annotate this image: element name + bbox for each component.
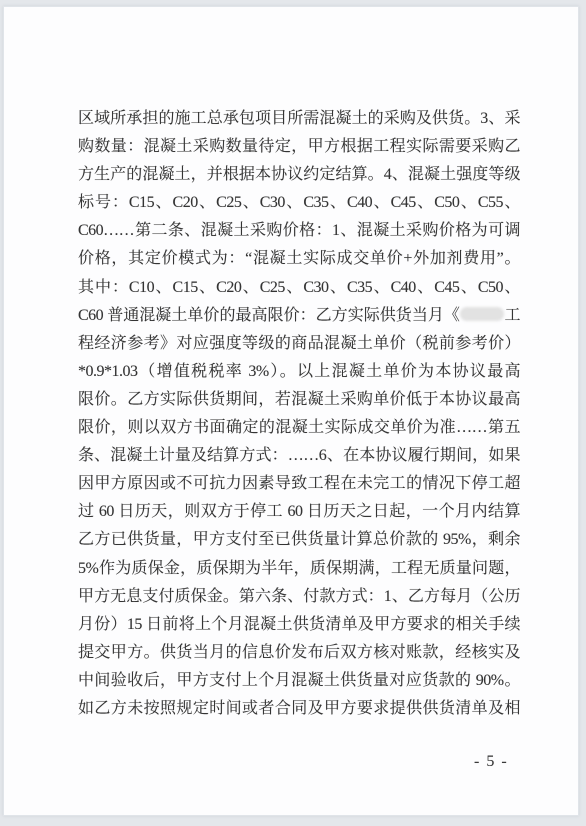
contract-text-block: 区域所承担的施工总承包项目所需混凝土的采购及供货。3、采 购数量：混凝土采购数量… — [78, 105, 520, 723]
text-line: 限价，则以双方书面确定的混凝土实际成交单价为准……第五 — [78, 414, 520, 442]
text-line: 过 60 日历天，则双方于停工 60 日历天之日起，一个月内结算 — [78, 498, 520, 526]
page-number: - 5 - — [474, 753, 508, 771]
text-line: 购数量：混凝土采购数量待定，甲方根据工程实际需要采购乙 — [78, 133, 520, 161]
text-line: 甲方无息支付质保金。第六条、付款方式：1、乙方每月（公历 — [78, 583, 520, 611]
text-segment: 工 — [504, 307, 520, 324]
text-line-with-redaction: C60 普通混凝土单价的最高限价：乙方实际供货当月《工 — [78, 302, 520, 330]
text-line: 提交甲方。供货当月的信息价发布后双方核对账款，经核实及 — [78, 639, 520, 667]
text-line: 方生产的混凝土，并根据本协议约定结算。4、混凝土强度等级 — [78, 161, 520, 189]
text-segment: C60 普通混凝土单价的最高限价：乙方实际供货当月《 — [78, 307, 460, 324]
document-page: 区域所承担的施工总承包项目所需混凝土的采购及供货。3、采 购数量：混凝土采购数量… — [3, 6, 579, 816]
text-line: 其中：C10、C15、C20、C25、C30、C35、C40、C45、C50、C… — [78, 274, 520, 302]
text-line: 程经济参考》对应强度等级的商品混凝土单价（税前参考价） — [78, 330, 520, 358]
text-line: 乙方已供货量，甲方支付至已供货量计算总价款的 95%，剩余 — [78, 526, 520, 554]
text-line: 区域所承担的施工总承包项目所需混凝土的采购及供货。3、采 — [78, 105, 520, 133]
text-line: 标号：C15、C20、C25、C30、C35、C40、C45、C50、C55、 — [78, 189, 520, 217]
text-line: *0.9*1.03（增值税税率 3%）。以上混凝土单价为本协议最高 — [78, 358, 520, 386]
text-line: 中间验收后，甲方支付上个月混凝土供货量对应货款的 90%。 — [78, 667, 520, 695]
text-line: 月份）15 日前将上个月混凝土供货清单及甲方要求的相关手续 — [78, 611, 520, 639]
text-line: C60……第二条、混凝土采购价格：1、混凝土采购价格为可调 — [78, 217, 520, 245]
text-line: 因甲方原因或不可抗力因素导致工程在未完工的情况下停工超 — [78, 470, 520, 498]
text-line: 限价。乙方实际供货期间，若混凝土采购单价低于本协议最高 — [78, 386, 520, 414]
redaction-blur — [460, 307, 504, 321]
text-line: 条、混凝土计量及结算方式：……6、在本协议履行期间，如果 — [78, 442, 520, 470]
text-line: 价格，其定价模式为：“混凝土实际成交单价+外加剂费用”。 — [78, 245, 520, 273]
text-line: 5%作为质保金，质保期为半年，质保期满，工程无质量问题， — [78, 555, 520, 583]
text-line: 如乙方未按照规定时间或者合同及甲方要求提供供货清单及相 — [78, 695, 520, 723]
